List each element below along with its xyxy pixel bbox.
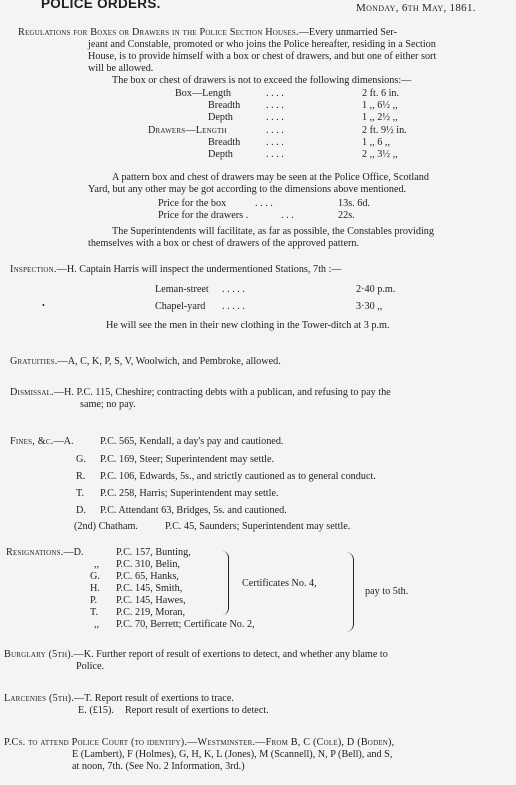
fine-entry: P.C. 45, Saunders; Superintendent may se… bbox=[165, 521, 350, 533]
dimension-row: Breadth bbox=[208, 100, 240, 112]
resignation-entry: P.C. 157, Bunting, bbox=[116, 547, 191, 559]
gratuities-section: Gratuities.—A, C, K, P, S, V, Woolwich, … bbox=[10, 356, 281, 368]
price-row: Price for the box bbox=[158, 198, 226, 210]
section-heading: Fines, &c. bbox=[10, 436, 53, 447]
superintendents-line-1: The Superintendents will facilitate, as … bbox=[112, 226, 434, 238]
dimension-row: Box—Length bbox=[175, 88, 231, 100]
superintendents-line-2: themselves with a box or chest of drawer… bbox=[88, 238, 359, 250]
pay-note: pay to 5th. bbox=[365, 586, 408, 598]
page-title: POLICE ORDERS. bbox=[41, 0, 161, 10]
brace-pay bbox=[346, 552, 354, 632]
stray-mark: • bbox=[42, 300, 45, 312]
resignation-entry: P.C. 70, Berrett; Certificate No. 2, bbox=[116, 619, 255, 631]
resignation-entry: P.C. 65, Hanks, bbox=[116, 571, 179, 583]
brace-certificates bbox=[222, 551, 229, 615]
section-heading: Burglary (5th). bbox=[4, 649, 74, 660]
fine-entry: P.C. 565, Kendall, a day's pay and cauti… bbox=[100, 436, 283, 448]
regulations-line-2: jeant and Constable, promoted or who joi… bbox=[88, 39, 436, 51]
dimension-row: Depth bbox=[208, 112, 233, 124]
section-heading: Regulations for Boxes or Drawers in the … bbox=[18, 27, 299, 38]
section-heading: Gratuities. bbox=[10, 356, 58, 367]
resignation-entry: P.C. 145, Smith, bbox=[116, 583, 182, 595]
resignation-entry: P.C. 310, Belin, bbox=[116, 559, 180, 571]
resignation-entry: P.C. 145, Hawes, bbox=[116, 595, 186, 607]
section-heading: Inspection. bbox=[10, 264, 57, 275]
date: Monday, 6th May, 1861. bbox=[356, 2, 476, 14]
pattern-line-2: Yard, but any other may be got according… bbox=[88, 184, 406, 196]
fine-entry: P.C. 106, Edwards, 5s., and strictly cau… bbox=[100, 471, 376, 483]
inspection-note: He will see the men in their new clothin… bbox=[106, 320, 390, 332]
certificates-note: Certificates No. 4, bbox=[242, 578, 317, 590]
dimension-row: Breadth bbox=[208, 137, 240, 149]
section-heading: Larcenies (5th). bbox=[4, 693, 74, 704]
station-row: Chapel-yard bbox=[155, 301, 205, 313]
station-row: Leman-street bbox=[155, 284, 209, 296]
fine-entry: P.C. Attendant 63, Bridges, 5s. and caut… bbox=[100, 505, 287, 517]
dimension-row: Depth bbox=[208, 149, 233, 161]
section-heading: Resignations. bbox=[6, 547, 63, 558]
resignation-entry: P.C. 219, Moran, bbox=[116, 607, 185, 619]
dimensions-intro: The box or chest of drawers is not to ex… bbox=[112, 75, 411, 87]
section-heading: Dismissal. bbox=[10, 387, 54, 398]
section-heading: P.Cs. to attend Police Court (to identif… bbox=[4, 737, 187, 748]
dimension-row: Drawers—Length bbox=[148, 125, 227, 137]
pattern-line-1: A pattern box and chest of drawers may b… bbox=[112, 172, 429, 184]
regulations-line-1: Regulations for Boxes or Drawers in the … bbox=[18, 27, 397, 39]
regulations-line-3: House, is to provide himself with a box … bbox=[88, 51, 436, 63]
fine-entry: P.C. 169, Steer; Superintendent may sett… bbox=[100, 454, 274, 466]
price-row: Price for the drawers . bbox=[158, 210, 248, 222]
fine-entry: P.C. 258, Harris; Superintendent may set… bbox=[100, 488, 279, 500]
regulations-line-4: will be allowed. bbox=[88, 63, 153, 75]
